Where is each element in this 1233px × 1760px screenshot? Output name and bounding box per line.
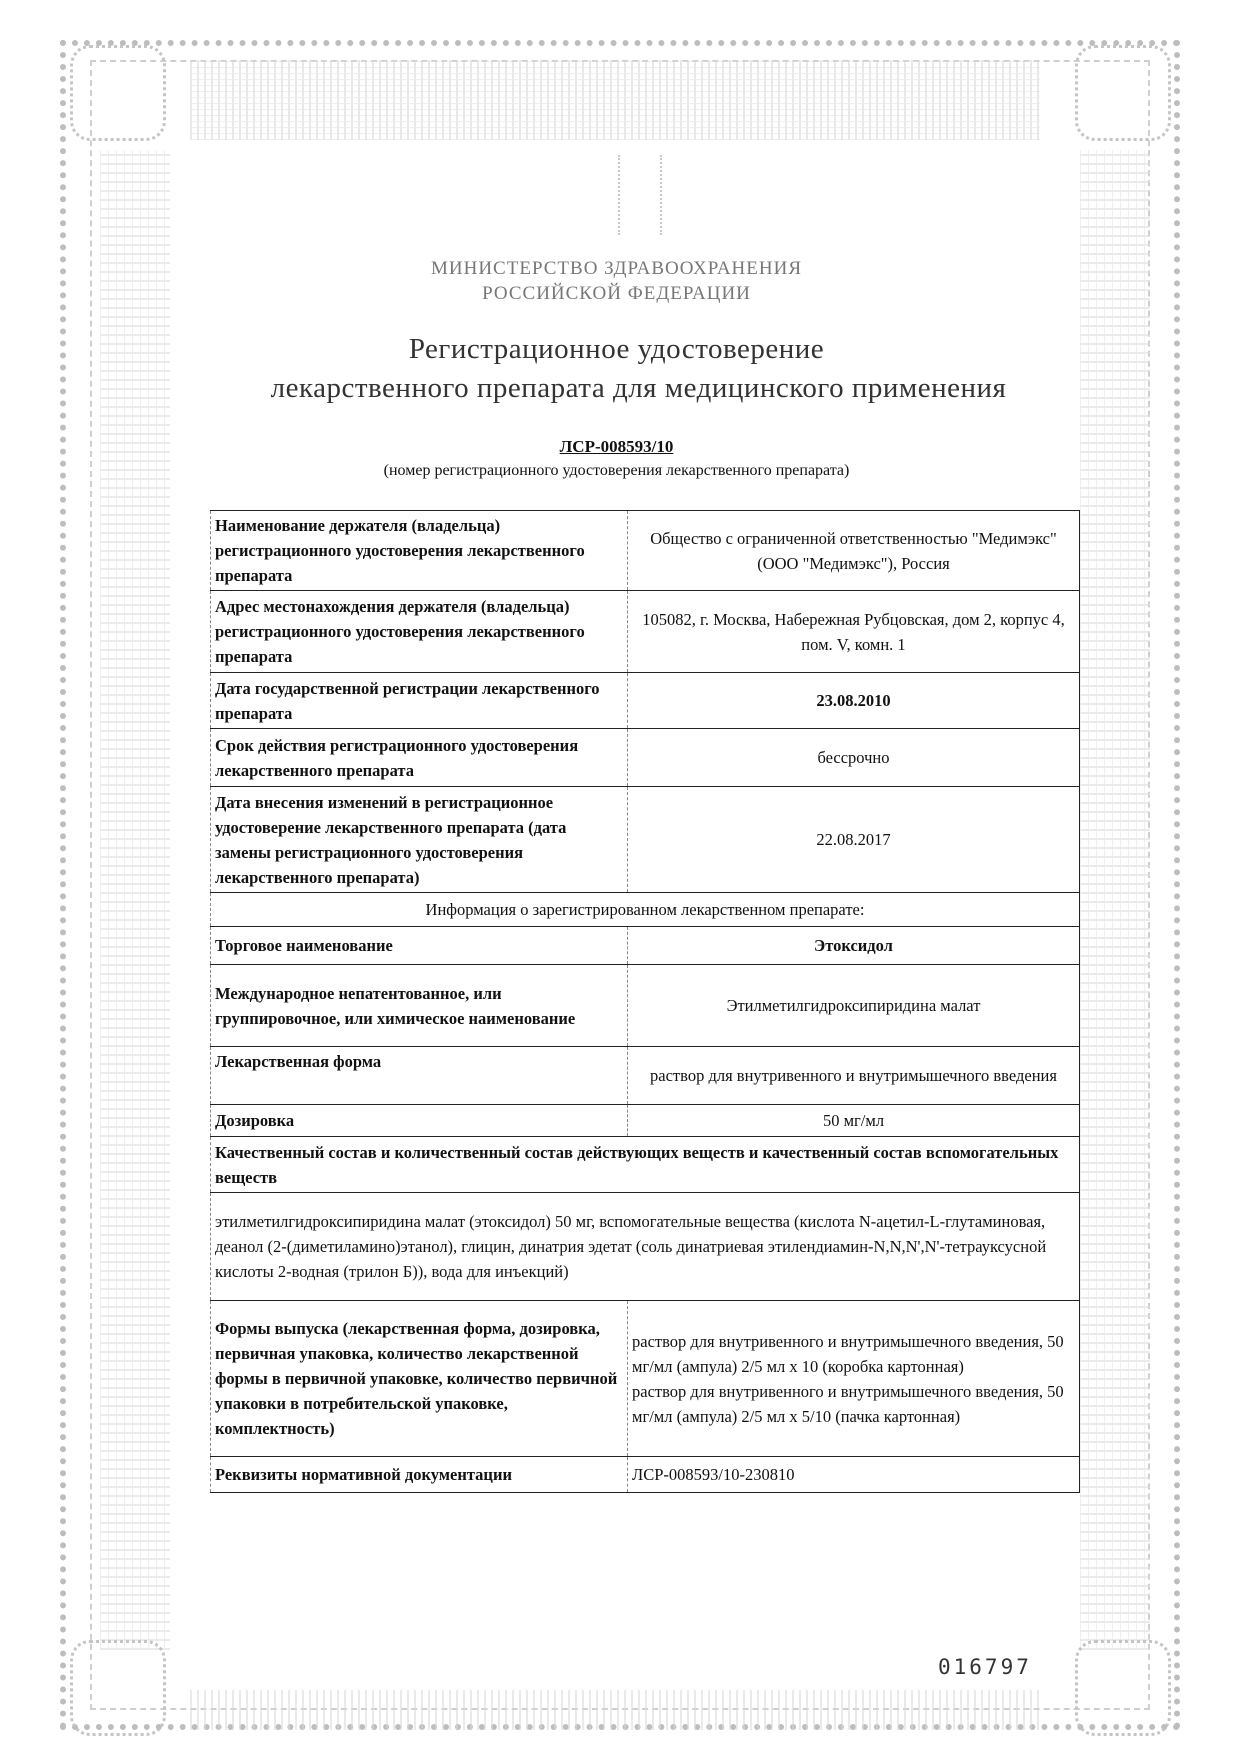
table-row: Лекарственная форма раствор для внутриве… bbox=[211, 1047, 1080, 1105]
table-row: Информация о зарегистрированном лекарств… bbox=[211, 893, 1080, 927]
validity-period-label: Срок действия регистрационного удостовер… bbox=[211, 729, 628, 787]
holder-name-label: Наименование держателя (владельца) регис… bbox=[211, 511, 628, 591]
release-form-item: раствор для внутривенного и внутримышечн… bbox=[632, 1379, 1075, 1429]
validity-period-value: бессрочно bbox=[628, 729, 1080, 787]
table-row: Дата государственной регистрации лекарст… bbox=[211, 673, 1080, 729]
normative-docs-value: ЛСР-008593/10-230810 bbox=[628, 1457, 1080, 1493]
ornament-band-bottom bbox=[190, 1690, 1040, 1730]
release-form-item: раствор для внутривенного и внутримышечн… bbox=[632, 1329, 1075, 1379]
table-row: Наименование держателя (владельца) регис… bbox=[211, 511, 1080, 591]
dosage-form-label: Лекарственная форма bbox=[211, 1047, 628, 1105]
table-row: Адрес местонахождения держателя (владель… bbox=[211, 591, 1080, 673]
release-forms-value: раствор для внутривенного и внутримышечн… bbox=[628, 1301, 1080, 1457]
trade-name-label: Торговое наименование bbox=[211, 927, 628, 965]
composition-heading: Качественный состав и количественный сос… bbox=[211, 1137, 1080, 1193]
dosage-label: Дозировка bbox=[211, 1105, 628, 1137]
holder-address-label: Адрес местонахождения держателя (владель… bbox=[211, 591, 628, 673]
table-row: Международное непатентованное, или групп… bbox=[211, 965, 1080, 1047]
inn-label: Международное непатентованное, или групп… bbox=[211, 965, 628, 1047]
holder-name-value: Общество с ограниченной ответственностью… bbox=[628, 511, 1080, 591]
state-emblem-icon bbox=[618, 155, 662, 235]
table-row: Дозировка 50 мг/мл bbox=[211, 1105, 1080, 1137]
holder-address-value: 105082, г. Москва, Набережная Рубцовская… bbox=[628, 591, 1080, 673]
registration-date-value: 23.08.2010 bbox=[628, 673, 1080, 729]
form-serial-number: 016797 bbox=[938, 1655, 1032, 1679]
document-subtitle: лекарственного препарата для медицинског… bbox=[22, 372, 1233, 405]
registration-number: ЛСР-008593/10 bbox=[0, 437, 1233, 457]
table-row: Формы выпуска (лекарственная форма, дози… bbox=[211, 1301, 1080, 1457]
normative-docs-label: Реквизиты нормативной документации bbox=[211, 1457, 628, 1493]
ministry-name: Министерство здравоохранения bbox=[0, 258, 1233, 280]
release-forms-label: Формы выпуска (лекарственная форма, дози… bbox=[211, 1301, 628, 1457]
certificate-table: Наименование держателя (владельца) регис… bbox=[210, 510, 1080, 1493]
trade-name-value: Этоксидол bbox=[628, 927, 1080, 965]
table-row: Торговое наименование Этоксидол bbox=[211, 927, 1080, 965]
drug-info-heading: Информация о зарегистрированном лекарств… bbox=[211, 893, 1080, 927]
inn-value: Этилметилгидроксипиридина малат bbox=[628, 965, 1080, 1047]
table-row: Реквизиты нормативной документации ЛСР-0… bbox=[211, 1457, 1080, 1493]
table-row: этилметилгидроксипиридина малат (этоксид… bbox=[211, 1193, 1080, 1301]
ministry-country: Российской Федерации bbox=[0, 283, 1233, 305]
dosage-value: 50 мг/мл bbox=[628, 1105, 1080, 1137]
table-row: Срок действия регистрационного удостовер… bbox=[211, 729, 1080, 787]
ornament-band-top bbox=[190, 60, 1040, 140]
ornament-corner-icon bbox=[70, 1640, 166, 1736]
amendment-date-label: Дата внесения изменений в регистрационно… bbox=[211, 787, 628, 893]
registration-date-label: Дата государственной регистрации лекарст… bbox=[211, 673, 628, 729]
table-row: Качественный состав и количественный сос… bbox=[211, 1137, 1080, 1193]
ornament-corner-icon bbox=[70, 45, 166, 141]
registration-number-caption: (номер регистрационного удостоверения ле… bbox=[0, 462, 1233, 480]
table-row: Дата внесения изменений в регистрационно… bbox=[211, 787, 1080, 893]
ornament-corner-icon bbox=[1075, 45, 1171, 141]
dosage-form-value: раствор для внутривенного и внутримышечн… bbox=[628, 1047, 1080, 1105]
amendment-date-value: 22.08.2017 bbox=[628, 787, 1080, 893]
ornament-corner-icon bbox=[1075, 1640, 1171, 1736]
document-title: Регистрационное удостоверение bbox=[0, 333, 1233, 366]
composition-text: этилметилгидроксипиридина малат (этоксид… bbox=[211, 1193, 1080, 1301]
